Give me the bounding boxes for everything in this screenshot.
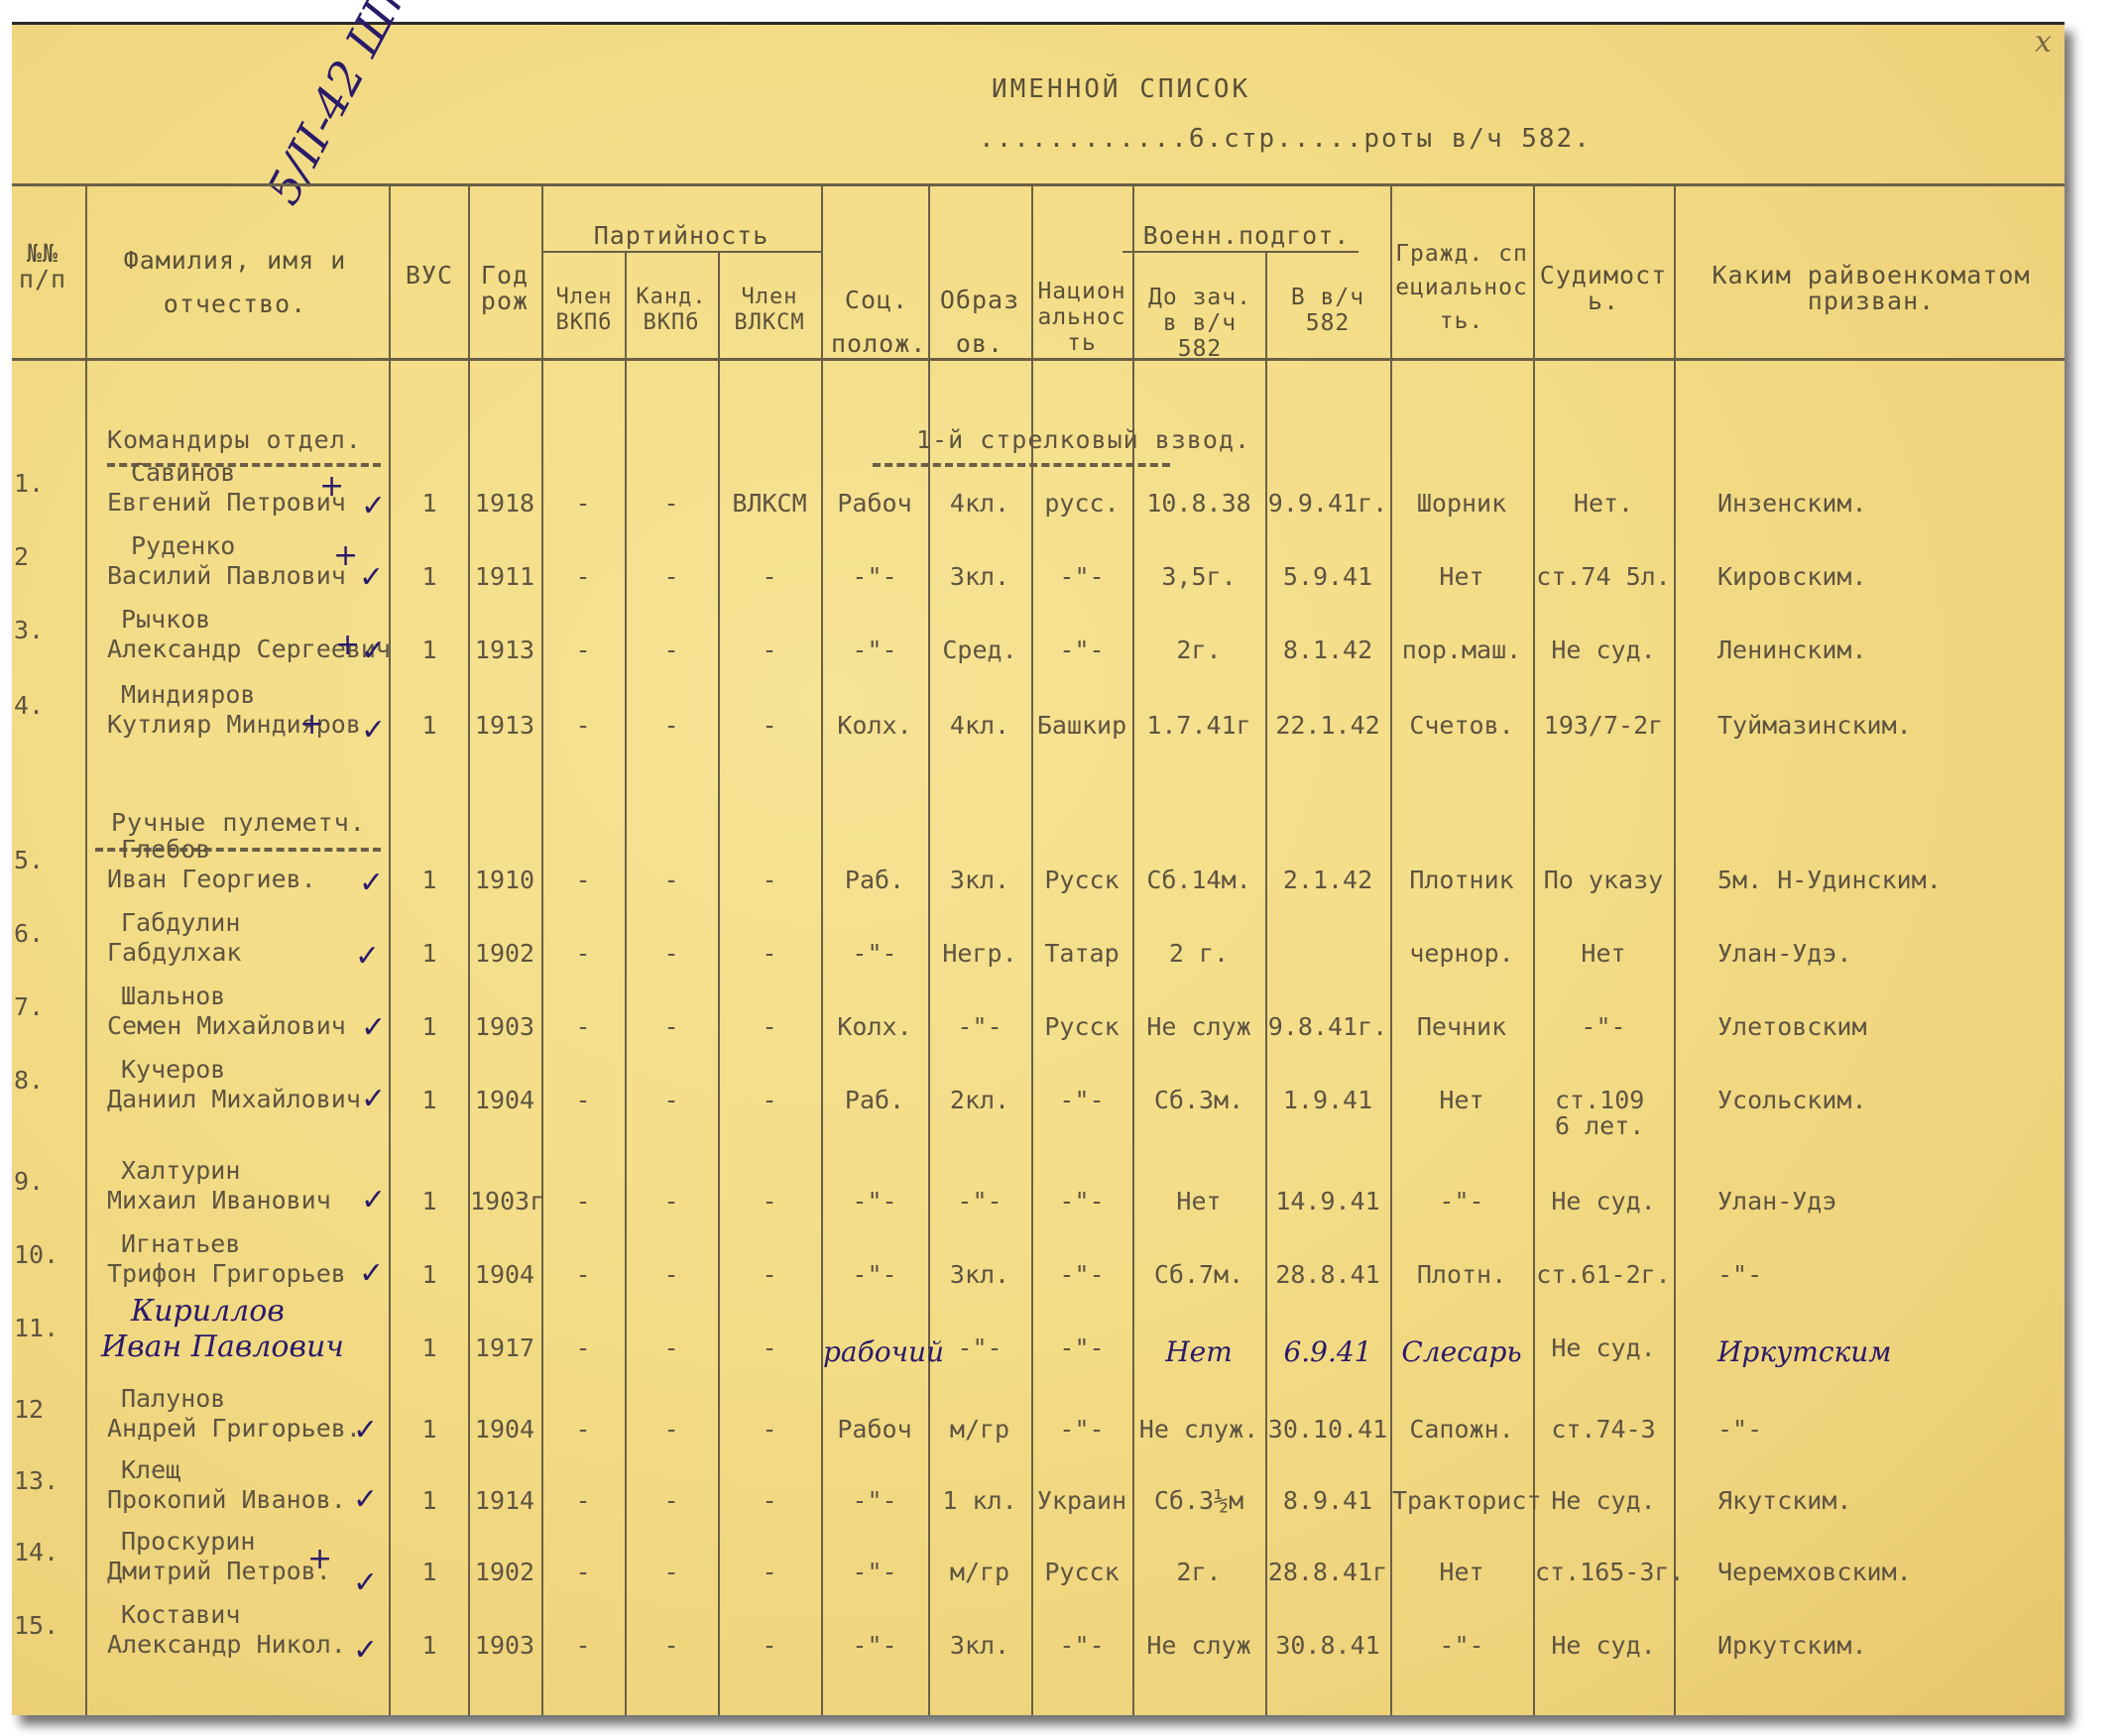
cell-conv: 193/7-2г <box>1535 713 1672 739</box>
cell-cand: - <box>627 1417 716 1443</box>
check-mark-icon: ✓ <box>355 939 380 974</box>
cell-spec: Слесарь <box>1392 1335 1531 1368</box>
check-mark-icon: ✓ <box>361 1082 386 1116</box>
check-mark-icon: ✓ <box>361 713 386 748</box>
check-mark-icon: ✓ <box>361 1010 386 1045</box>
cell-komsomol: - <box>720 1417 819 1443</box>
cell-komsomol: - <box>720 1088 819 1113</box>
cell-vus: 1 <box>393 868 466 893</box>
cell-conv: По указу <box>1535 868 1672 893</box>
cell-komsomol: - <box>720 1633 819 1659</box>
check-mark-icon: ✓ <box>359 866 384 900</box>
cell-mil-unit: 9.9.41г. <box>1267 491 1388 517</box>
cell-mil-before: 2 г. <box>1134 941 1263 967</box>
cell-cand: - <box>627 1088 716 1113</box>
header-year: Год рож <box>478 263 531 314</box>
col-divider <box>1674 183 1676 1715</box>
row-number: 4. <box>14 693 73 719</box>
cell-year: 1914 <box>470 1488 539 1514</box>
cell-spec: Печник <box>1392 1014 1531 1040</box>
cell-year: 1902 <box>470 941 539 967</box>
cell-mil-unit: 28.8.41 <box>1267 1262 1388 1288</box>
row-number: 2 <box>14 544 73 570</box>
row-number: 5. <box>14 848 73 873</box>
cell-mil-unit: 5.9.41 <box>1267 564 1388 590</box>
header-social: Соц. полож. <box>831 279 922 366</box>
cell-vus: 1 <box>393 491 466 517</box>
cell-edu: 4кл. <box>930 491 1029 517</box>
cell-spec: Шорник <box>1392 491 1531 517</box>
cell-komsomol: - <box>720 564 819 590</box>
cell-mil-before: Нет <box>1134 1189 1263 1215</box>
cell-mil-unit: 2.1.42 <box>1267 868 1388 893</box>
cell-year: 1904 <box>470 1088 539 1113</box>
given-names: Даниил Михайлович <box>107 1082 361 1117</box>
cell-conv: -"- <box>1535 1014 1672 1040</box>
cell-nat: -"- <box>1033 564 1130 590</box>
cell-conv: ст.74-3 <box>1535 1417 1672 1443</box>
header-draft-office: Каким райвоенкоматом призван. <box>1688 263 2055 314</box>
cell-social: -"- <box>823 1262 926 1288</box>
row-number: 7. <box>14 994 73 1020</box>
cell-vus: 1 <box>393 941 466 967</box>
cell-social: -"- <box>823 564 926 590</box>
cell-mil-unit: 28.8.41г <box>1267 1560 1388 1585</box>
header-military-group: Военн.подгот. <box>1142 223 1351 249</box>
cell-edu: 3кл. <box>930 564 1029 590</box>
cell-vus: 1 <box>393 713 466 739</box>
check-mark-icon: ✓ <box>361 634 386 668</box>
cell-nat: Русск <box>1033 1014 1130 1040</box>
cell-party: - <box>543 868 623 893</box>
cell-social: -"- <box>823 637 926 663</box>
cell-social: Колх. <box>823 713 926 739</box>
cell-vus: 1 <box>393 564 466 590</box>
cell-office: Улан-Удэ. <box>1678 941 2094 967</box>
cell-edu: Негр. <box>930 941 1029 967</box>
cell-conv: Не суд. <box>1535 1633 1672 1659</box>
handwritten-signature: 5/II-42 Штурм <box>256 0 471 213</box>
cell-party: - <box>543 491 623 517</box>
cell-social: Колх. <box>823 1014 926 1040</box>
check-mark-icon: ✓ <box>353 1565 378 1600</box>
given-names: Александр Никол. <box>107 1627 346 1663</box>
cell-office: Улан-Удэ <box>1678 1189 2094 1215</box>
given-names: Семен Михайлович <box>107 1008 346 1044</box>
cell-nat: -"- <box>1033 1335 1130 1361</box>
given-names: Прокопий Иванов. <box>107 1482 346 1518</box>
cell-social: Раб. <box>823 868 926 893</box>
cell-cand: - <box>627 491 716 517</box>
header-mil-in-unit: В в/ч 582 <box>1269 285 1386 336</box>
header-education: Образов. <box>934 279 1025 366</box>
cell-party: - <box>543 637 623 663</box>
col-divider <box>85 183 87 1715</box>
cell-social: -"- <box>823 1633 926 1659</box>
cell-conv: Нет <box>1535 941 1672 967</box>
cell-cand: - <box>627 1633 716 1659</box>
given-names: Дмитрий Петров. <box>107 1554 331 1589</box>
cell-nat: -"- <box>1033 1633 1130 1659</box>
row-number: 14. <box>14 1540 73 1565</box>
cell-conv: Не суд. <box>1535 1335 1672 1361</box>
cell-edu: 3кл. <box>930 868 1029 893</box>
document-title: ИМЕННОЙ СПИСОК <box>992 74 1250 104</box>
cell-conv: Не суд. <box>1535 1189 1672 1215</box>
cell-cand: - <box>627 713 716 739</box>
cell-spec: Нет <box>1392 564 1531 590</box>
cell-vus: 1 <box>393 1014 466 1040</box>
cell-social: Рабоч <box>823 1417 926 1443</box>
row-number: 10. <box>14 1242 73 1268</box>
cell-party: - <box>543 1014 623 1040</box>
cell-office: Инзенским. <box>1678 491 2094 517</box>
section-commanders: Командиры отдел. <box>107 425 362 454</box>
cell-office: Иркутским. <box>1678 1633 2094 1659</box>
cell-komsomol: - <box>720 1189 819 1215</box>
cell-year: 1918 <box>470 491 539 517</box>
cell-mil-unit: 8.9.41 <box>1267 1488 1388 1514</box>
document-sheet: ИМЕННОЙ СПИСОК ............6.стр.....рот… <box>12 22 2065 1715</box>
cell-mil-before: Не служ. <box>1134 1417 1263 1443</box>
plus-mark-icon: + <box>319 469 344 504</box>
cell-komsomol: ВЛКСМ <box>720 491 819 517</box>
document-subtitle: ............6.стр.....роты в/ч 582. <box>979 124 1592 154</box>
cell-vus: 1 <box>393 1560 466 1585</box>
row-number: 1. <box>14 471 73 497</box>
cell-komsomol: - <box>720 713 819 739</box>
cell-spec: Плотник <box>1392 868 1531 893</box>
cell-spec: Тракторист <box>1392 1488 1531 1514</box>
cell-cand: - <box>627 1335 716 1361</box>
cell-party: - <box>543 1088 623 1113</box>
row-number: 15. <box>14 1613 73 1639</box>
cell-party: - <box>543 1189 623 1215</box>
check-mark-icon: ✓ <box>361 1183 386 1217</box>
cell-cand: - <box>627 1014 716 1040</box>
cell-edu: 1 кл. <box>930 1488 1029 1514</box>
cell-mil-unit: 14.9.41 <box>1267 1189 1388 1215</box>
cell-komsomol: - <box>720 1560 819 1585</box>
row-number: 6. <box>14 921 73 947</box>
given-names: Михаил Иванович <box>107 1183 331 1218</box>
cell-spec: -"- <box>1392 1189 1531 1215</box>
check-mark-icon: ✓ <box>361 489 386 523</box>
check-mark-icon: ✓ <box>359 1256 384 1291</box>
given-names: Андрей Григорьев. <box>107 1411 361 1447</box>
cell-cand: - <box>627 1488 716 1514</box>
cell-office: Черемховским. <box>1678 1560 2094 1585</box>
cell-mil-before: Сб.3м. <box>1134 1088 1263 1113</box>
cell-komsomol: - <box>720 868 819 893</box>
row-number: 8. <box>14 1068 73 1094</box>
cell-year: 1903 <box>470 1014 539 1040</box>
cell-year: 1903г <box>470 1189 539 1215</box>
header-party-candidate: Канд. ВКПб <box>627 285 716 336</box>
cell-edu: -"- <box>930 1335 1029 1361</box>
cell-spec: Нет <box>1392 1088 1531 1113</box>
cell-vus: 1 <box>393 1335 466 1361</box>
col-divider <box>389 183 391 1715</box>
check-mark-icon: ✓ <box>359 560 384 595</box>
cell-mil-before: 2г. <box>1134 1560 1263 1585</box>
cell-year: 1913 <box>470 713 539 739</box>
cell-komsomol: - <box>720 637 819 663</box>
given-names: Трифон Григорьев <box>107 1256 346 1292</box>
cell-mil-before: Нет <box>1134 1335 1263 1368</box>
cell-edu: 3кл. <box>930 1262 1029 1288</box>
cell-social: -"- <box>823 1488 926 1514</box>
cell-year: 1904 <box>470 1262 539 1288</box>
cell-social: рабочий <box>823 1335 926 1368</box>
plus-mark-icon: + <box>299 707 324 742</box>
cell-year: 1902 <box>470 1560 539 1585</box>
cell-spec: Счетов. <box>1392 713 1531 739</box>
cell-vus: 1 <box>393 637 466 663</box>
cell-office: Ленинским. <box>1678 637 2094 663</box>
cell-conv: Не суд. <box>1535 637 1672 663</box>
cell-party: - <box>543 713 623 739</box>
header-party-group: Партийность <box>547 223 815 249</box>
cell-edu: Сред. <box>930 637 1029 663</box>
cell-conv: ст.165-3г. <box>1535 1560 1672 1585</box>
cell-nat: -"- <box>1033 1189 1130 1215</box>
cell-komsomol: - <box>720 1335 819 1361</box>
cell-cand: - <box>627 941 716 967</box>
cell-nat: -"- <box>1033 637 1130 663</box>
section-underline <box>873 463 1170 467</box>
cell-spec: пор.маш. <box>1392 637 1531 663</box>
cell-vus: 1 <box>393 1088 466 1113</box>
given-names: Иван Павлович <box>101 1330 344 1364</box>
given-names: Евгений Петрович <box>107 485 346 521</box>
cell-edu: 3кл. <box>930 1633 1029 1659</box>
cell-party: - <box>543 1335 623 1361</box>
cell-cand: - <box>627 868 716 893</box>
cell-year: 1917 <box>470 1335 539 1361</box>
cell-cand: - <box>627 637 716 663</box>
cell-vus: 1 <box>393 1633 466 1659</box>
cell-year: 1904 <box>470 1417 539 1443</box>
cell-party: - <box>543 1488 623 1514</box>
military-subheader-rule <box>1122 251 1358 253</box>
header-party-member: Член ВКПб <box>547 285 621 336</box>
cell-cand: - <box>627 1189 716 1215</box>
cell-edu: м/гр <box>930 1560 1029 1585</box>
cell-party: - <box>543 1560 623 1585</box>
cell-social: -"- <box>823 941 926 967</box>
cell-nat: -"- <box>1033 1088 1130 1113</box>
cell-spec: Сапожн. <box>1392 1417 1531 1443</box>
cell-spec: Плотн. <box>1392 1262 1531 1288</box>
cell-office: -"- <box>1678 1417 2094 1443</box>
cell-nat: Украин <box>1033 1488 1130 1514</box>
header-nationality: Национальность <box>1035 279 1128 356</box>
cell-party: - <box>543 564 623 590</box>
cell-edu: 4кл. <box>930 713 1029 739</box>
cell-mil-before: Не служ <box>1134 1014 1263 1040</box>
cell-party: - <box>543 1262 623 1288</box>
cell-mil-before: Не служ <box>1134 1633 1263 1659</box>
given-names: Габдулхак <box>107 935 241 971</box>
row-number: 11. <box>14 1316 73 1341</box>
cell-nat: Русск <box>1033 868 1130 893</box>
cell-mil-unit: 22.1.42 <box>1267 713 1388 739</box>
cell-nat: Русск <box>1033 1560 1130 1585</box>
cell-office: 5м. Н-Удинским. <box>1678 868 2094 893</box>
cell-conv: ст.61-2г. <box>1535 1262 1672 1288</box>
cell-mil-before: Сб.3½м <box>1134 1488 1263 1514</box>
section-platoon: 1-й стрелковый взвод. <box>916 425 1250 454</box>
header-num: №№ п/п <box>8 241 77 292</box>
cell-nat: русс. <box>1033 491 1130 517</box>
cell-office: -"- <box>1678 1262 2094 1288</box>
cell-mil-unit: 30.10.41 <box>1267 1417 1388 1443</box>
cell-komsomol: - <box>720 1262 819 1288</box>
plus-mark-icon: + <box>335 628 360 662</box>
header-civil-spec: Гражд. специальность. <box>1394 237 1529 338</box>
plus-mark-icon: + <box>307 1542 332 1576</box>
cell-party: - <box>543 1417 623 1443</box>
cell-social: -"- <box>823 1560 926 1585</box>
cell-year: 1910 <box>470 868 539 893</box>
header-komsomol: Член ВЛКСМ <box>720 285 819 336</box>
cell-social: Рабоч <box>823 491 926 517</box>
check-mark-icon: ✓ <box>353 1633 378 1668</box>
given-names: Василий Павлович <box>107 558 346 594</box>
cell-mil-unit: 30.8.41 <box>1267 1633 1388 1659</box>
cell-vus: 1 <box>393 1189 466 1215</box>
cell-mil-unit: 8.1.42 <box>1267 637 1388 663</box>
header-conviction: Судимость. <box>1537 263 1670 314</box>
cell-mil-before: 2г. <box>1134 637 1263 663</box>
cell-year: 1903 <box>470 1633 539 1659</box>
row-number: 3. <box>14 618 73 643</box>
cell-conv: Нет. <box>1535 491 1672 517</box>
header-top-rule <box>12 183 2065 186</box>
row-number: 13. <box>14 1468 73 1494</box>
cell-nat: -"- <box>1033 1262 1130 1288</box>
cell-party: - <box>543 1633 623 1659</box>
cell-conv: ст.74 5л. <box>1535 564 1672 590</box>
cell-komsomol: - <box>720 1014 819 1040</box>
cell-mil-before: Сб.14м. <box>1134 868 1263 893</box>
row-number: 9. <box>14 1169 73 1195</box>
cell-spec: -"- <box>1392 1633 1531 1659</box>
cell-vus: 1 <box>393 1262 466 1288</box>
cell-office: Туймазинским. <box>1678 713 2094 739</box>
cell-nat: -"- <box>1033 1417 1130 1443</box>
cell-office: Якутским. <box>1678 1488 2094 1514</box>
cell-cand: - <box>627 1262 716 1288</box>
cell-mil-before: Сб.7м. <box>1134 1262 1263 1288</box>
cell-office: Улетовским <box>1678 1014 2094 1040</box>
cell-nat: Татар <box>1033 941 1130 967</box>
cell-social: Раб. <box>823 1088 926 1113</box>
cell-mil-before: 10.8.38 <box>1134 491 1263 517</box>
cell-spec: чернор. <box>1392 941 1531 967</box>
cell-office: Кировским. <box>1678 564 2094 590</box>
check-mark-icon: ✓ <box>353 1482 378 1517</box>
cell-conv: Не суд. <box>1535 1488 1672 1514</box>
cell-mil-before: 1.7.41г <box>1134 713 1263 739</box>
cell-office: Усольским. <box>1678 1088 2094 1113</box>
cell-edu: 2кл. <box>930 1088 1029 1113</box>
check-mark-icon: ✓ <box>353 1413 378 1447</box>
cell-spec: Нет <box>1392 1560 1531 1585</box>
cell-conv: ст.109 6 лет. <box>1535 1088 1654 1139</box>
cell-mil-before: 3,5г. <box>1134 564 1263 590</box>
cell-edu: -"- <box>930 1189 1029 1215</box>
cell-mil-unit: 6.9.41 <box>1267 1335 1388 1368</box>
party-subheader-rule <box>541 251 821 253</box>
cell-nat: Башкир <box>1033 713 1130 739</box>
cell-party: - <box>543 941 623 967</box>
cell-office: Иркутским <box>1678 1335 2094 1368</box>
header-name: Фамилия, имя и отчество. <box>91 239 379 326</box>
cell-year: 1913 <box>470 637 539 663</box>
corner-mark: x <box>2035 25 2052 59</box>
cell-social: -"- <box>823 1189 926 1215</box>
cell-year: 1911 <box>470 564 539 590</box>
plus-mark-icon: + <box>333 538 358 573</box>
cell-edu: -"- <box>930 1014 1029 1040</box>
header-bottom-rule <box>12 358 2065 361</box>
given-names: Иван Георгиев. <box>107 862 316 897</box>
surname: Кириллов <box>131 1294 285 1329</box>
cell-vus: 1 <box>393 1417 466 1443</box>
cell-mil-unit: 1.9.41 <box>1267 1088 1388 1113</box>
cell-cand: - <box>627 1560 716 1585</box>
cell-mil-unit: 9.8.41г. <box>1267 1014 1388 1040</box>
cell-cand: - <box>627 564 716 590</box>
cell-edu: м/гр <box>930 1417 1029 1443</box>
cell-komsomol: - <box>720 941 819 967</box>
row-number: 12 <box>14 1397 73 1423</box>
header-vus: ВУС <box>393 263 466 289</box>
cell-komsomol: - <box>720 1488 819 1514</box>
cell-vus: 1 <box>393 1488 466 1514</box>
header-mil-before: До зач. в в/ч 582 <box>1136 285 1263 362</box>
